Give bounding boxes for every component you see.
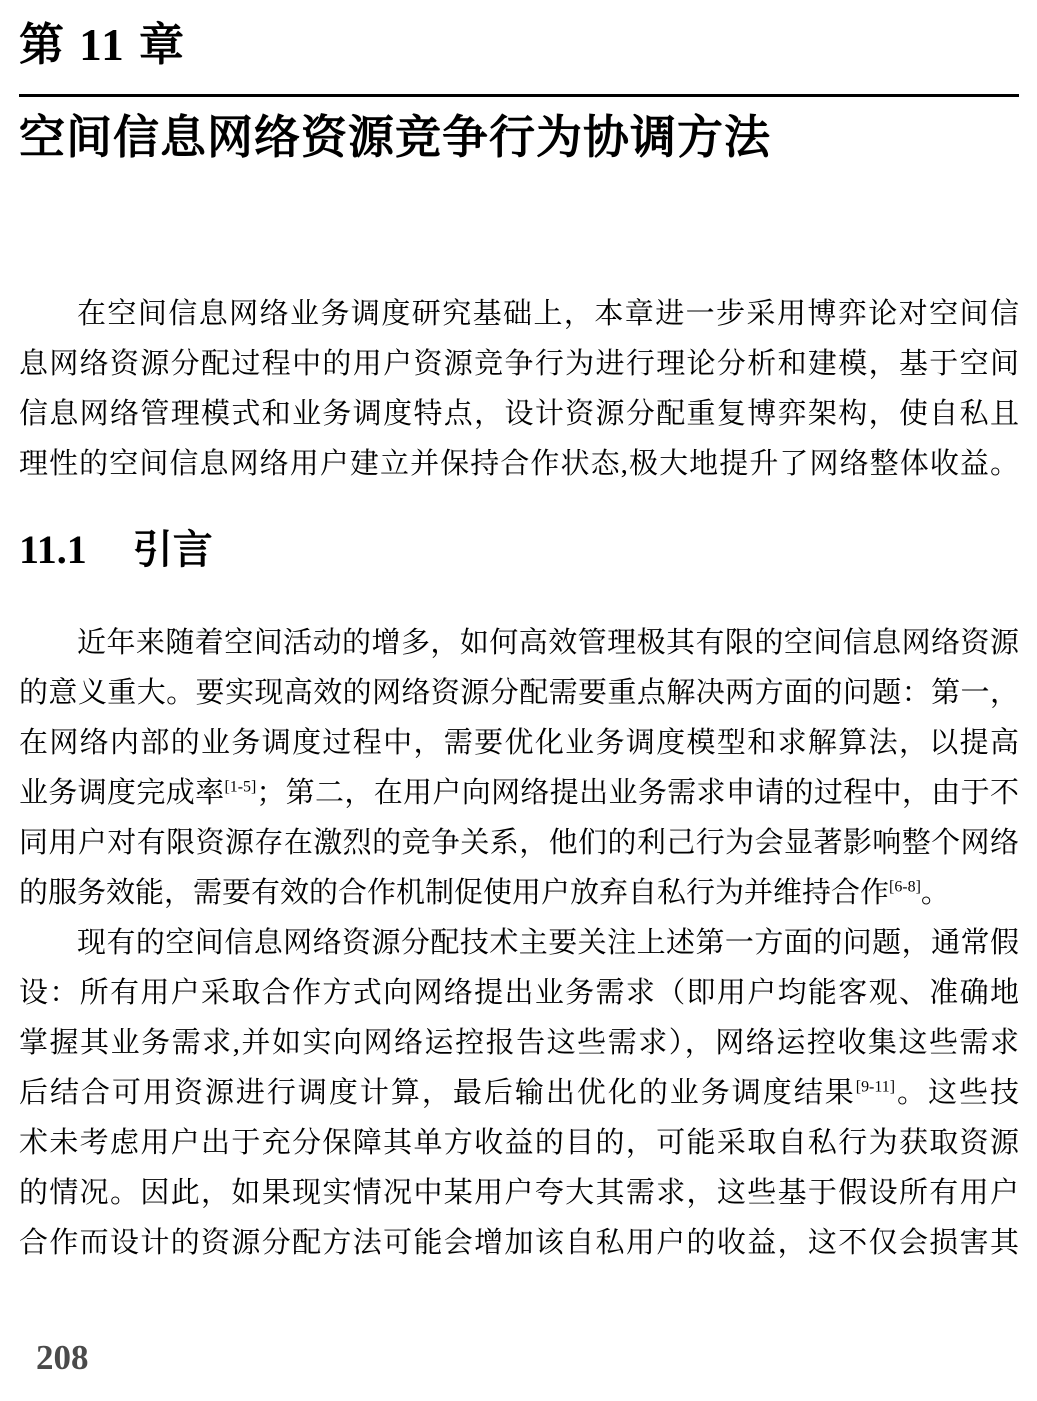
text-line: 合作而设计的资源分配方法可能会增加该自私用户的收益，这不仅会损害其 bbox=[19, 1218, 1019, 1268]
citation-ref: [1-5] bbox=[224, 778, 256, 795]
section-number: 11.1 bbox=[19, 527, 87, 572]
line-text: 的服务效能，需要有效的合作机制促使用户放弃自私行为并维持合作 bbox=[19, 877, 889, 909]
line-text: ；第二，在用户向网络提出业务需求申请的过程中，由于不 bbox=[256, 777, 1019, 809]
text-line: 在空间信息网络业务调度研究基础上，本章进一步采用博弈论对空间信 bbox=[19, 289, 1019, 339]
chapter-title: 空间信息网络资源竞争行为协调方法 bbox=[19, 110, 1019, 165]
line-text: 业务调度完成率 bbox=[19, 777, 224, 809]
text-line: 业务调度完成率[1-5]；第二，在用户向网络提出业务需求申请的过程中，由于不 bbox=[19, 768, 1019, 818]
line-text: 。这些技 bbox=[895, 1077, 1019, 1109]
text-line: 同用户对有限资源存在激烈的竞争关系，他们的利己行为会显著影响整个网络 bbox=[19, 818, 1019, 868]
section-heading: 11.1 引言 bbox=[19, 527, 1019, 573]
page-number: 208 bbox=[36, 1340, 89, 1375]
text-line: 后结合可用资源进行调度计算，最后输出优化的业务调度结果[9-11]。这些技 bbox=[19, 1068, 1019, 1118]
citation-ref: [9-11] bbox=[856, 1078, 895, 1095]
line-text: 。 bbox=[921, 877, 950, 909]
text-line: 信息网络管理模式和业务调度特点，设计资源分配重复博弈架构，使自私且 bbox=[19, 389, 1019, 439]
line-text: 后结合可用资源进行调度计算，最后输出优化的业务调度结果 bbox=[19, 1077, 856, 1109]
header-rule bbox=[19, 94, 1019, 97]
text-line: 的服务效能，需要有效的合作机制促使用户放弃自私行为并维持合作[6-8]。 bbox=[19, 868, 1019, 918]
section-body: 近年来随着空间活动的增多，如何高效管理极其有限的空间信息网络资源 的意义重大。要… bbox=[19, 618, 1019, 1268]
citation-ref: [6-8] bbox=[889, 878, 921, 895]
text-line: 术未考虑用户出于充分保障其单方收益的目的，可能采取自私行为获取资源 bbox=[19, 1118, 1019, 1168]
text-line: 近年来随着空间活动的增多，如何高效管理极其有限的空间信息网络资源 bbox=[19, 618, 1019, 668]
text-line: 在网络内部的业务调度过程中，需要优化业务调度模型和求解算法，以提高 bbox=[19, 718, 1019, 768]
text-line: 现有的空间信息网络资源分配技术主要关注上述第一方面的问题，通常假 bbox=[19, 918, 1019, 968]
text-line: 设：所有用户采取合作方式向网络提出业务需求（即用户均能客观、准确地 bbox=[19, 968, 1019, 1018]
text-line: 掌握其业务需求,并如实向网络运控报告这些需求），网络运控收集这些需求 bbox=[19, 1018, 1019, 1068]
text-line: 的意义重大。要实现高效的网络资源分配需要重点解决两方面的问题：第一， bbox=[19, 668, 1019, 718]
text-line: 理性的空间信息网络用户建立并保持合作状态,极大地提升了网络整体收益。 bbox=[19, 439, 1019, 489]
chapter-number: 第 11 章 bbox=[19, 0, 1019, 72]
text-line: 息网络资源分配过程中的用户资源竞争行为进行理论分析和建模，基于空间 bbox=[19, 339, 1019, 389]
section-title: 引言 bbox=[133, 527, 213, 572]
book-page: 第 11 章 空间信息网络资源竞争行为协调方法 在空间信息网络业务调度研究基础上… bbox=[0, 0, 1037, 1401]
text-line: 的情况。因此，如果现实情况中某用户夸大其需求，这些基于假设所有用户 bbox=[19, 1168, 1019, 1218]
chapter-abstract: 在空间信息网络业务调度研究基础上，本章进一步采用博弈论对空间信 息网络资源分配过… bbox=[19, 289, 1019, 489]
